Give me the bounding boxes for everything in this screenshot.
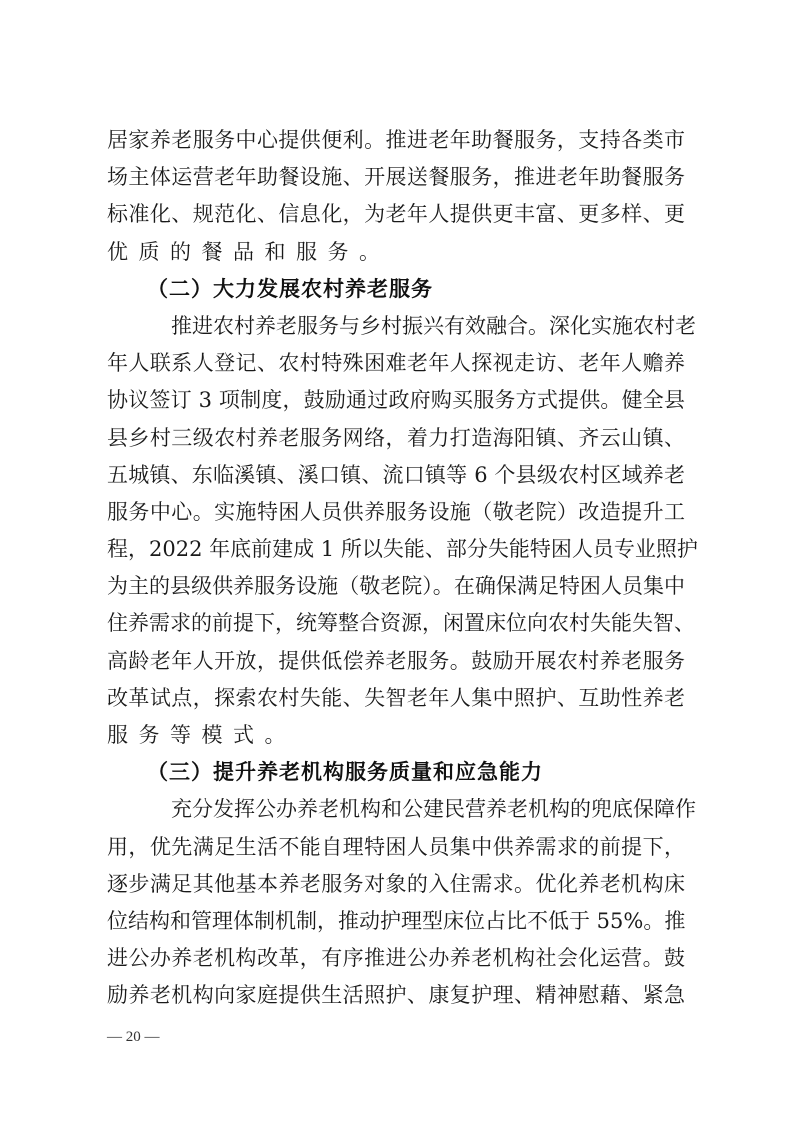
paragraph-line: 逐步满足其他基本养老服务对象的入住需求。优化养老机构床 — [107, 866, 685, 903]
paragraph-line: 为主的县级供养服务设施（敬老院）。在确保满足特困人员集中 — [107, 568, 685, 605]
document-page: 居家养老服务中心提供便利。推进老年助餐服务，支持各类市 场主体运营老年助餐设施、… — [0, 0, 793, 1122]
paragraph-line: 协议签订 3 项制度，鼓励通过政府购买服务方式提供。健全县 — [107, 382, 685, 419]
page-body: 居家养老服务中心提供便利。推进老年助餐服务，支持各类市 场主体运营老年助餐设施、… — [107, 122, 685, 1015]
paragraph-line: 县乡村三级农村养老服务网络，着力打造海阳镇、齐云山镇、 — [107, 420, 685, 457]
paragraph-line: 用，优先满足生活不能自理特困人员集中供养需求的前提下， — [107, 829, 685, 866]
paragraph-line: 程，2022 年底前建成 1 所以失能、部分失能特困人员专业照护 — [107, 531, 685, 568]
paragraph-line: 改革试点，探索农村失能、失智老年人集中照护、互助性养老 — [107, 680, 685, 717]
page-number: — 20 — — [107, 1029, 160, 1046]
paragraph-line: 年人联系人登记、农村特殊困难老年人探视走访、老年人赡养 — [107, 345, 685, 382]
paragraph-line: 标准化、规范化、信息化，为老年人提供更丰富、更多样、更 — [107, 196, 685, 233]
paragraph-line: 服务等模式。 — [107, 717, 685, 754]
paragraph-line: 住养需求的前提下，统筹整合资源，闲置床位向农村失能失智、 — [107, 605, 685, 642]
paragraph-line: 居家养老服务中心提供便利。推进老年助餐服务，支持各类市 — [107, 122, 685, 159]
paragraph-line: 励养老机构向家庭提供生活照护、康复护理、精神慰藉、紧急 — [107, 977, 685, 1014]
paragraph-line: 场主体运营老年助餐设施、开展送餐服务，推进老年助餐服务 — [107, 159, 685, 196]
paragraph-line: 进公办养老机构改革，有序推进公办养老机构社会化运营。鼓 — [107, 940, 685, 977]
paragraph-line: 五城镇、东临溪镇、溪口镇、流口镇等 6 个县级农村区域养老 — [107, 457, 685, 494]
paragraph-line: 高龄老年人开放，提供低偿养老服务。鼓励开展农村养老服务 — [107, 643, 685, 680]
section-heading-rural-elderly-care: （二）大力发展农村养老服务 — [107, 271, 685, 308]
paragraph-line: 服务中心。实施特困人员供养服务设施（敬老院）改造提升工 — [107, 494, 685, 531]
paragraph-line: 充分发挥公办养老机构和公建民营养老机构的兜底保障作 — [107, 791, 685, 828]
paragraph-line: 位结构和管理体制机制，推动护理型床位占比不低于 55%。推 — [107, 903, 685, 940]
section-heading-institution-quality: （三）提升养老机构服务质量和应急能力 — [107, 754, 685, 791]
paragraph-line: 推进农村养老服务与乡村振兴有效融合。深化实施农村老 — [107, 308, 685, 345]
paragraph-line: 优质的餐品和服务。 — [107, 234, 685, 271]
